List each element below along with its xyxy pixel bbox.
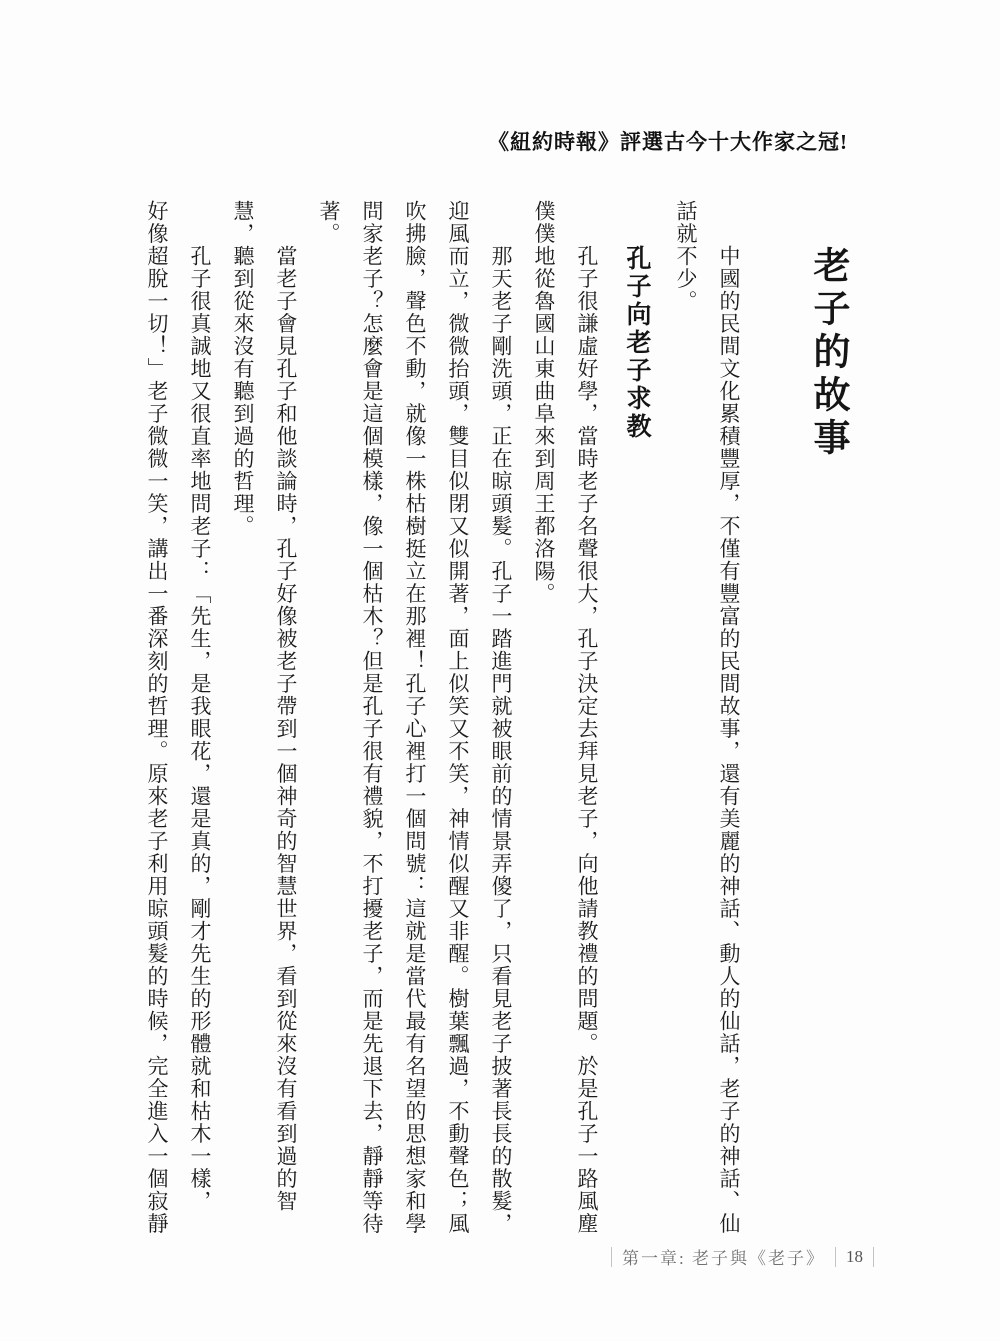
vertical-text-block: 老子的故事 中國的民間文化累積豐厚，不僅有豐富的民間故事，還有美麗的神話、動人的…	[135, 200, 860, 1238]
page-footer: 第一章: 老子與《老子》 18	[611, 1244, 874, 1269]
body-column: 好像超脫一切！」老子微微一笑，講出一番深刻的哲理。原來老子利用晾頭髮的時候，完全…	[135, 200, 178, 1238]
body-column: 問家老子？怎麼會是這個模樣，像一個枯木？但是孔子很有禮貌，不打擾老子，而是先退下…	[350, 200, 393, 1238]
chapter-title: 老子的故事	[794, 200, 860, 1238]
section-heading: 孔子向老子求教	[613, 200, 659, 1238]
body-column: 話就不少。	[664, 200, 707, 1238]
footer-chapter-label: 第一章: 老子與《老子》	[622, 1244, 825, 1269]
body-column: 中國的民間文化累積豐厚，不僅有豐富的民間故事，還有美麗的神話、動人的仙話，老子的…	[707, 200, 750, 1238]
footer-divider	[835, 1247, 836, 1267]
page-number: 18	[846, 1247, 863, 1267]
footer-divider	[873, 1247, 874, 1267]
body-column: 孔子很真誠地又很直率地問老子：「先生，是我眼花，還是真的，剛才先生的形體就和枯木…	[178, 200, 221, 1238]
body-column: 那天老子剛洗頭，正在晾頭髮。孔子一踏進門就被眼前的情景弄傻了，只看見老子披著長長…	[479, 200, 522, 1238]
body-column: 僕僕地從魯國山東曲阜來到周王都洛陽。	[522, 200, 565, 1238]
body-column: 吹拂臉，聲色不動，就像一株枯樹挺立在那裡！孔子心裡打一個問號：這就是當代最有名望…	[393, 200, 436, 1238]
body-column: 孔子很謙虛好學，當時老子名聲很大，孔子決定去拜見老子，向他請教禮的問題。於是孔子…	[565, 200, 608, 1238]
footer-divider	[611, 1247, 612, 1267]
body-column: 當老子會見孔子和他談論時，孔子好像被老子帶到一個神奇的智慧世界，看到從來沒有看到…	[264, 200, 307, 1238]
header-banner: 《紐約時報》評選古今十大作家之冠!	[488, 126, 848, 156]
body-column: 迎風而立，微微抬頭，雙目似閉又似開著，面上似笑又不笑，神情似醒又非醒。樹葉飄過，…	[436, 200, 479, 1238]
book-page: 《紐約時報》評選古今十大作家之冠! 老子的故事 中國的民間文化累積豐厚，不僅有豐…	[0, 0, 1000, 1341]
body-column: 慧，聽到從來沒有聽到過的哲理。	[221, 200, 264, 1238]
body-column: 著。	[307, 200, 350, 1238]
